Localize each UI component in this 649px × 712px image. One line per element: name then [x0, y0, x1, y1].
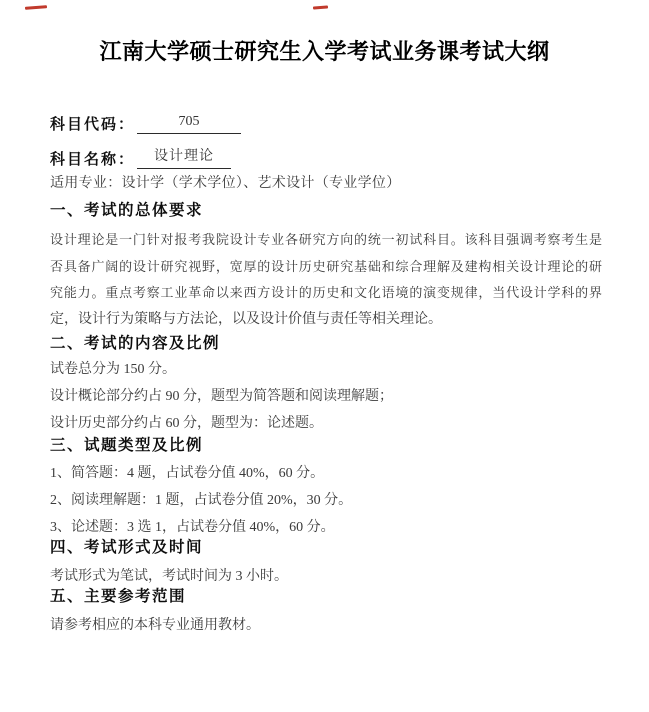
paragraph-line: 定，设计行为策略与方法论，以及设计价值与责任等相关理论。 — [50, 307, 602, 334]
subject-name-label: 科目名称： — [50, 151, 135, 168]
paragraph-line: 试卷总分为 150 分。 — [50, 356, 602, 383]
subject-name-row: 科目名称：设计理论 — [50, 145, 231, 169]
paragraph-line: 请参考相应的本科专业通用教材。 — [50, 612, 602, 639]
applicable-majors: 适用专业：设计学（学术学位）、艺术设计（专业学位） — [50, 172, 401, 192]
section-heading-question-types: 三、试题类型及比例 — [50, 437, 203, 455]
red-pen-mark-right — [313, 5, 328, 9]
paragraph-line: 考试形式为笔试，考试时间为 3 小时。 — [50, 563, 602, 590]
subject-code-row: 科目代码：705 — [50, 113, 241, 134]
section-body-content-ratio: 试卷总分为 150 分。 设计概论部分约占 90 分，题型为简答题和阅读理解题；… — [50, 356, 602, 437]
section-heading-exam-format: 四、考试形式及时间 — [50, 539, 203, 557]
paragraph-line: 否具备广阔的设计研究视野，宽厚的设计历史研究基础和综合理解及建构相关设计理论的研 — [50, 254, 602, 281]
section-body-overall-requirements: 设计理论是一门针对报考我院设计专业各研究方向的统一初试科目。该科目强调考察考生是… — [50, 227, 602, 333]
section-heading-content-ratio: 二、考试的内容及比例 — [50, 335, 220, 353]
subject-code-value: 705 — [137, 114, 241, 134]
red-pen-mark-left — [25, 5, 47, 10]
section-body-reference-scope: 请参考相应的本科专业通用教材。 — [50, 612, 602, 639]
section-heading-overall-requirements: 一、考试的总体要求 — [50, 202, 203, 220]
list-item: 2、阅读理解题：1 题，占试卷分值 20%，30 分。 — [50, 487, 602, 514]
list-item: 3、论述题：3 选 1，占试卷分值 40%，60 分。 — [50, 514, 602, 541]
section-body-exam-format: 考试形式为笔试，考试时间为 3 小时。 — [50, 563, 602, 590]
section-body-question-types: 1、简答题：4 题，占试卷分值 40%，60 分。 2、阅读理解题：1 题，占试… — [50, 460, 602, 541]
list-item: 1、简答题：4 题，占试卷分值 40%，60 分。 — [50, 460, 602, 487]
section-heading-reference-scope: 五、主要参考范围 — [50, 588, 186, 606]
paragraph-line: 设计历史部分约占 60 分，题型为：论述题。 — [50, 410, 602, 437]
paragraph-line: 设计理论是一门针对报考我院设计专业各研究方向的统一初试科目。该科目强调考察考生是 — [50, 227, 602, 254]
subject-name-value: 设计理论 — [137, 145, 231, 169]
subject-code-label: 科目代码： — [50, 116, 135, 133]
paragraph-line: 设计概论部分约占 90 分，题型为简答题和阅读理解题； — [50, 383, 602, 410]
paragraph-line: 究能力。重点考察工业革命以来西方设计的历史和文化语境的演变规律，当代设计学科的界 — [50, 280, 602, 307]
document-page: 江南大学硕士研究生入学考试业务课考试大纲 科目代码：705 科目名称：设计理论 … — [0, 0, 649, 712]
document-title: 江南大学硕士研究生入学考试业务课考试大纲 — [0, 38, 649, 66]
